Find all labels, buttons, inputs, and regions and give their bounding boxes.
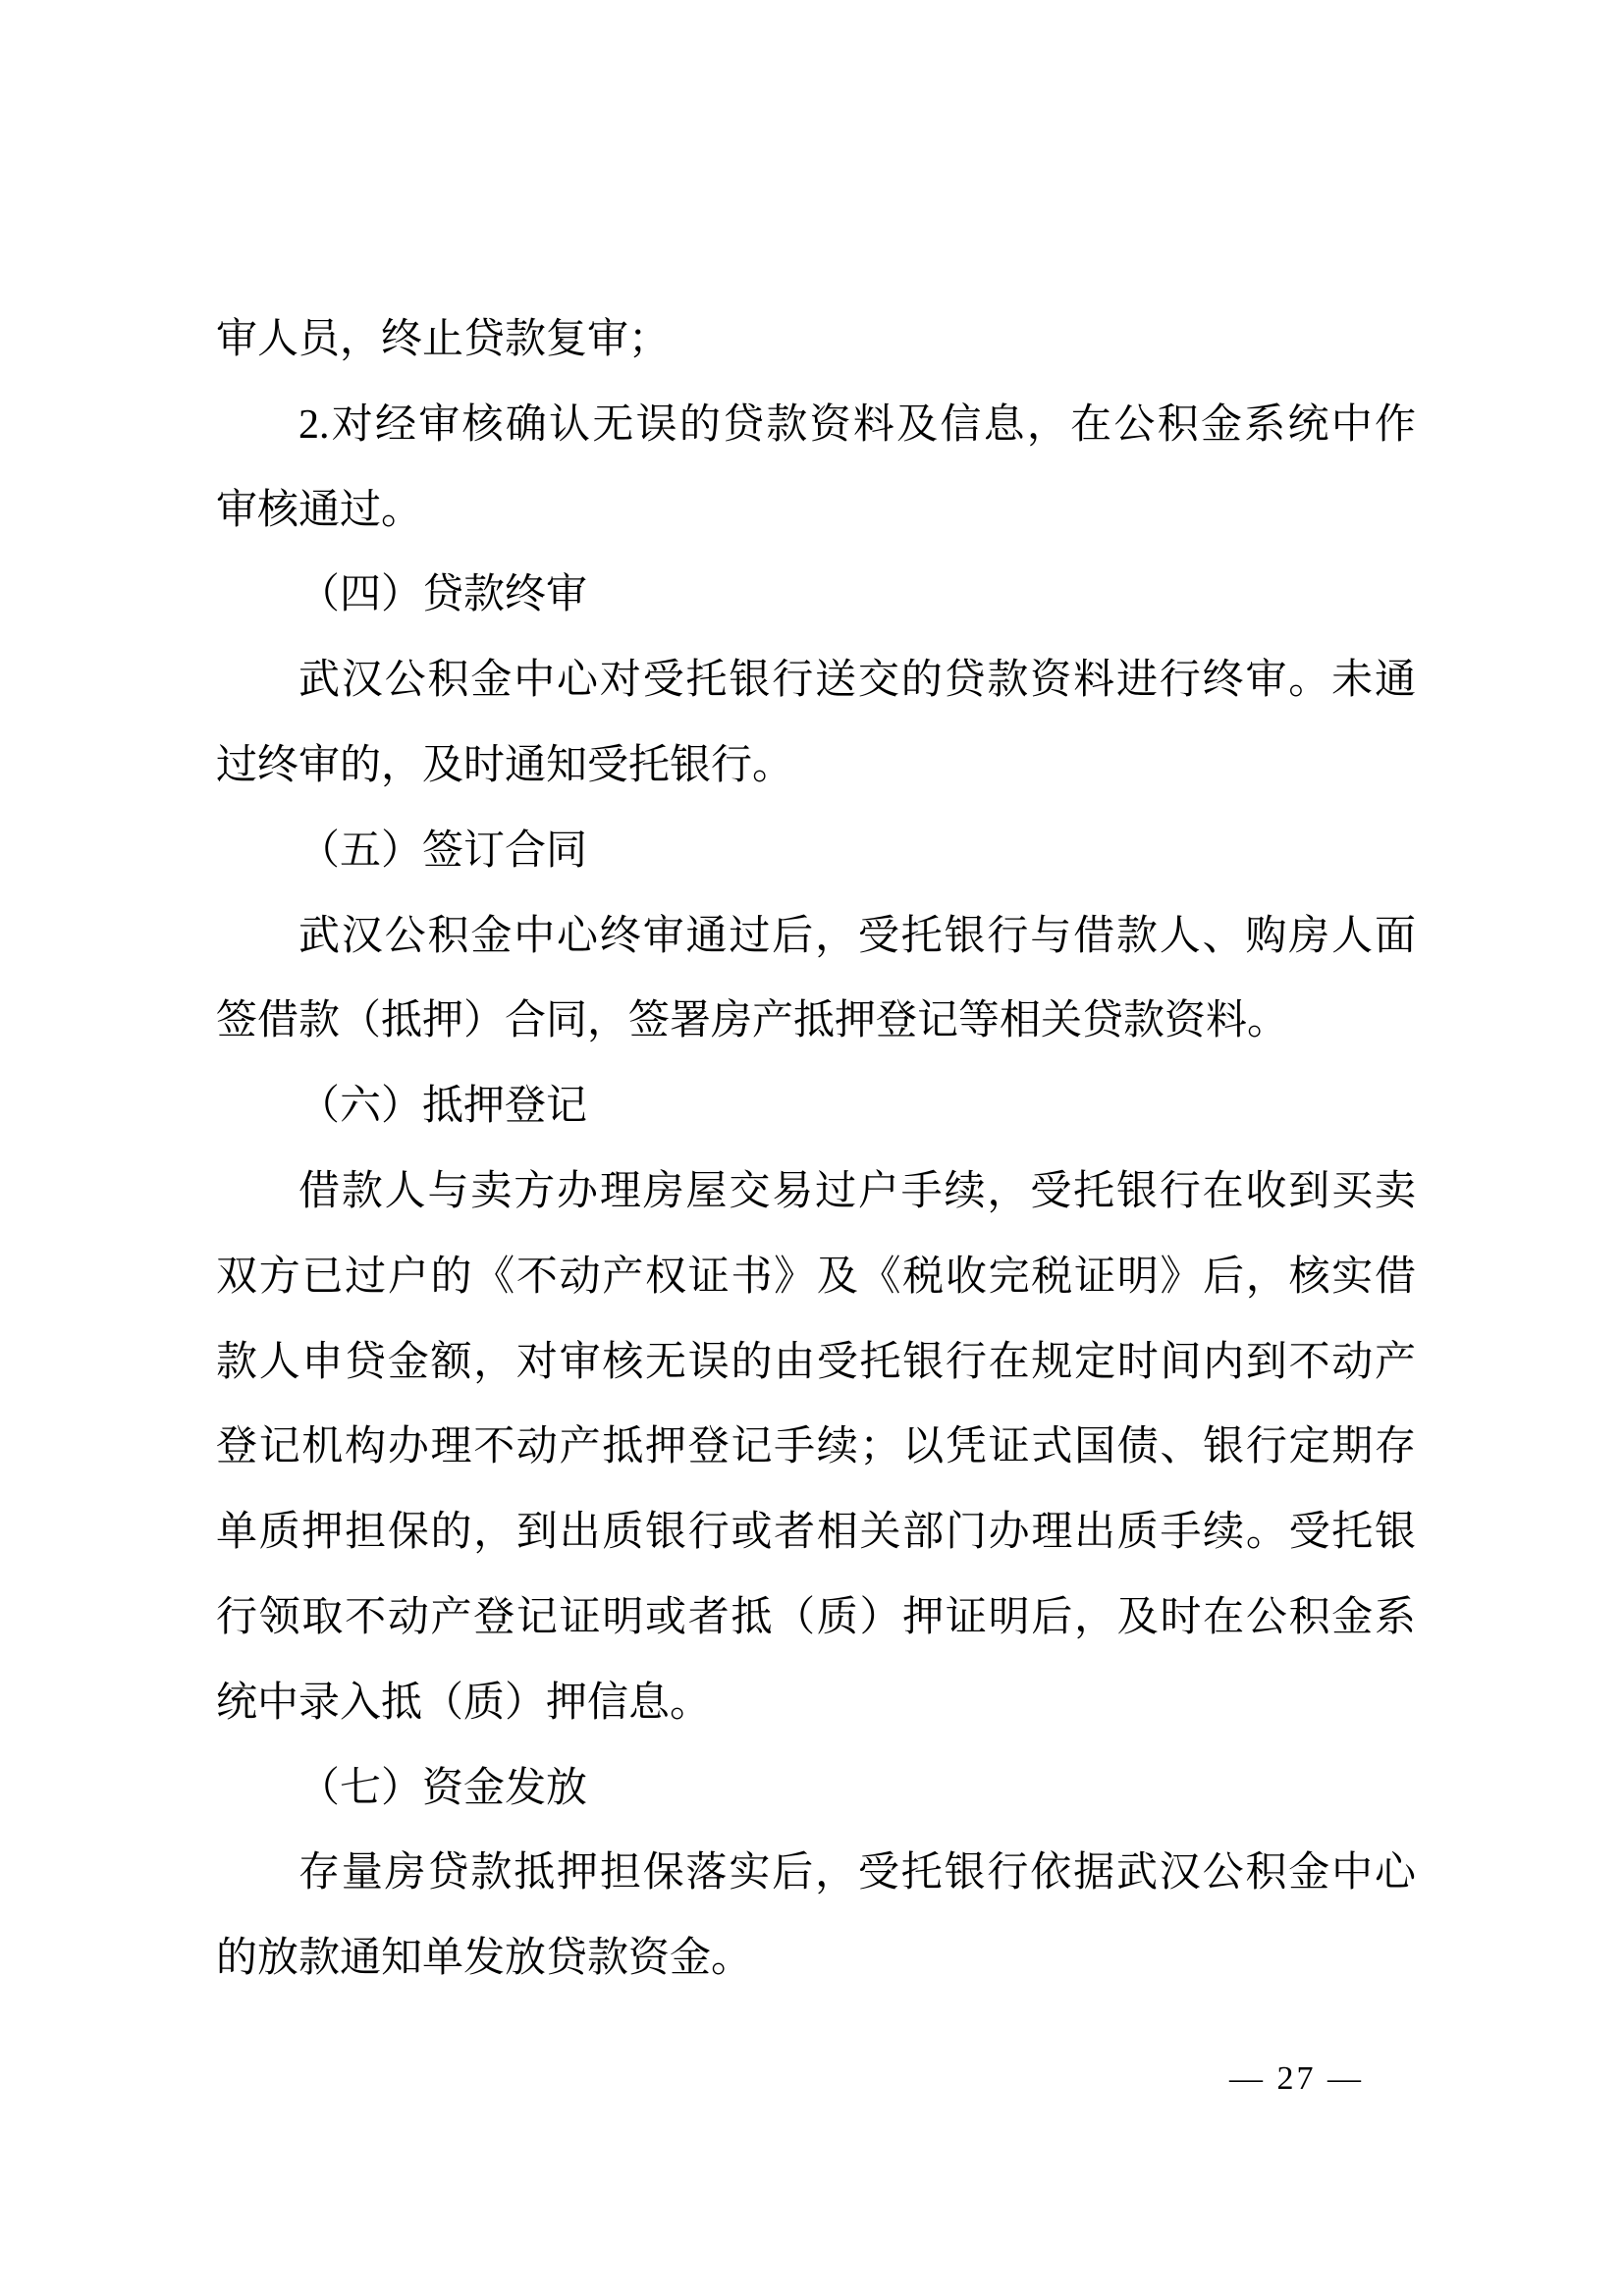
paragraph-line: 审核通过。 [216,468,1416,554]
paragraph-line: 2.对经审核确认无误的贷款资料及信息，在公积金系统中作 [216,383,1416,468]
paragraph-line: 行领取不动产登记证明或者抵（质）押证明后，及时在公积金系 [216,1575,1416,1661]
section-heading: （六）抵押登记 [216,1064,1416,1149]
page-number: — 27 — [1229,2055,1396,2104]
paragraph-line: 的放款通知单发放贷款资金。 [216,1916,1416,2002]
paragraph-line: 武汉公积金中心对受托银行送交的贷款资料进行终审。未通 [216,638,1416,723]
paragraph-line: 款人申贷金额，对审核无误的由受托银行在规定时间内到不动产 [216,1320,1416,1406]
paragraph-line: 签借款（抵押）合同，签署房产抵押登记等相关贷款资料。 [216,979,1416,1064]
paragraph-line: 审人员，终止贷款复审； [216,297,1416,383]
section-heading: （五）签订合同 [216,809,1416,894]
document-page: 审人员，终止贷款复审； 2.对经审核确认无误的贷款资料及信息，在公积金系统中作 … [0,0,1624,2296]
paragraph-line: 统中录入抵（质）押信息。 [216,1661,1416,1746]
section-heading: （四）贷款终审 [216,553,1416,638]
document-body: 审人员，终止贷款复审； 2.对经审核确认无误的贷款资料及信息，在公积金系统中作 … [216,297,1416,2002]
paragraph-line: 单质押担保的，到出质银行或者相关部门办理出质手续。受托银 [216,1490,1416,1575]
paragraph-line: 双方已过户的《不动产权证书》及《税收完税证明》后，核实借 [216,1235,1416,1320]
paragraph-line: 登记机构办理不动产抵押登记手续；以凭证式国债、银行定期存 [216,1405,1416,1490]
paragraph-line: 借款人与卖方办理房屋交易过户手续，受托银行在收到买卖 [216,1149,1416,1235]
section-heading: （七）资金发放 [216,1746,1416,1832]
paragraph-line: 存量房贷款抵押担保落实后，受托银行依据武汉公积金中心 [216,1831,1416,1916]
paragraph-line: 武汉公积金中心终审通过后，受托银行与借款人、购房人面 [216,894,1416,980]
paragraph-line: 过终审的，及时通知受托银行。 [216,723,1416,809]
